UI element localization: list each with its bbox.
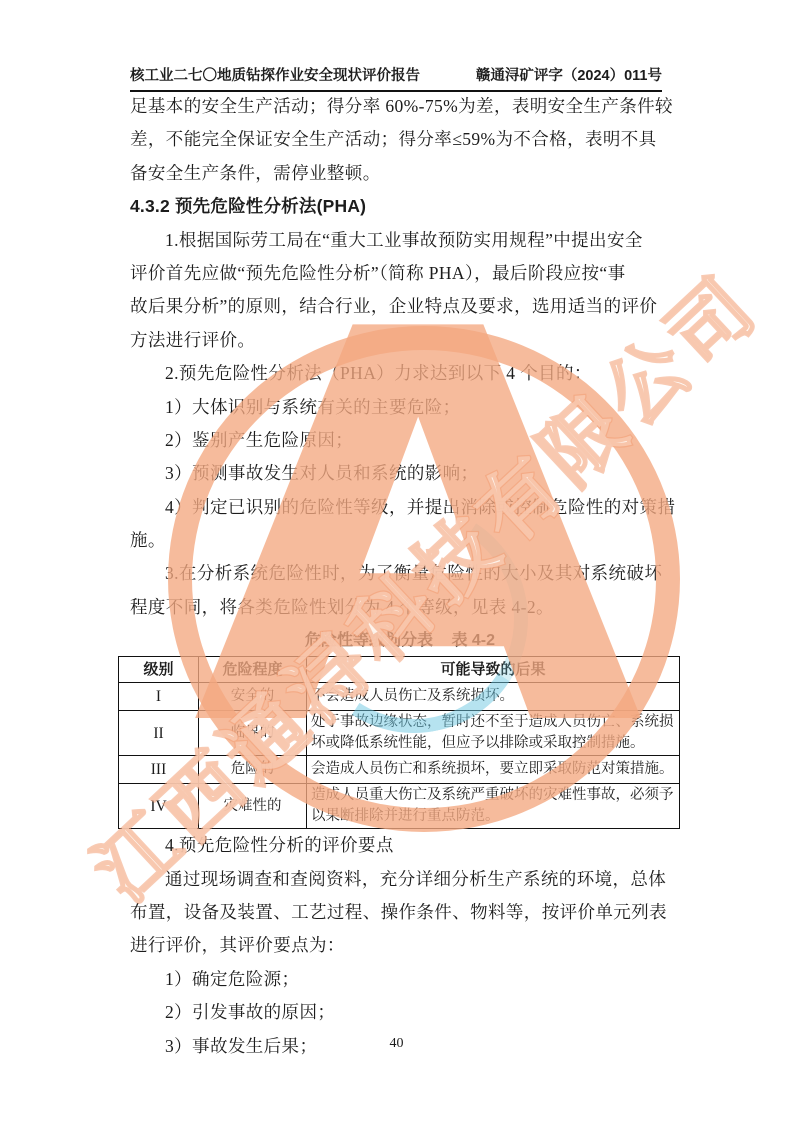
list-item: 2）引发事故的原因； (130, 996, 670, 1029)
document-content: 足基本的安全生产活动；得分率 60%-75%为差，表明安全生产条件较 差，不能完… (130, 90, 670, 1063)
table-row: I 安全的 不会造成人员伤亡及系统损坏。 (119, 683, 680, 711)
risk-level-table: 级别 危险程度 可能导致的后果 I 安全的 不会造成人员伤亡及系统损坏。 II … (118, 656, 680, 829)
table-header-cell: 级别 (119, 657, 199, 683)
level-cell: I (119, 683, 199, 711)
page-number: 40 (0, 1036, 793, 1052)
table-row: III 危险的 会造成人员伤亡和系统损坏，要立即采取防范对策措施。 (119, 756, 680, 784)
body-line: 通过现场调查和查阅资料，充分详细分析生产系统的环境，总体 (130, 863, 670, 896)
table-title: 危险性等级划分表 表 4-2 (130, 626, 670, 656)
degree-cell: 危险的 (199, 756, 307, 784)
body-line: 4.预先危险性分析的评价要点 (130, 829, 670, 862)
consequence-cell: 造成人员重大伤亡及系统严重破坏的灾难性事故，必须予以果断排除并进行重点防范。 (307, 784, 680, 829)
page-header: 核工业二七〇地质钻探作业安全现状评价报告 赣通浔矿评字（2024）011号 (130, 64, 662, 92)
section-heading: 4.3.2 预先危险性分析法(PHA) (130, 190, 670, 223)
degree-cell: 临界的 (199, 711, 307, 756)
body-line: 差，不能完全保证安全生产活动；得分率≤59%为不合格，表明不具 (130, 123, 670, 156)
level-cell: IV (119, 784, 199, 829)
body-line: 施。 (130, 524, 670, 557)
level-cell: III (119, 756, 199, 784)
body-line: 足基本的安全生产活动；得分率 60%-75%为差，表明安全生产条件较 (130, 90, 670, 123)
table-header-cell: 危险程度 (199, 657, 307, 683)
list-item: 3）预测事故发生对人员和系统的影响； (130, 457, 670, 490)
body-line: 1.根据国际劳工局在“重大工业事故预防实用规程”中提出安全 (130, 224, 670, 257)
consequence-cell: 不会造成人员伤亡及系统损坏。 (307, 683, 680, 711)
body-line: 3.在分析系统危险性时，为了衡量危险性的大小及其对系统破坏 (130, 557, 670, 590)
body-line: 评价首先应做“预先危险性分析”（简称 PHA），最后阶段应按“事 (130, 257, 670, 290)
header-doc-number: 赣通浔矿评字（2024）011号 (476, 64, 662, 85)
document-page: 核工业二七〇地质钻探作业安全现状评价报告 赣通浔矿评字（2024）011号 足基… (0, 0, 793, 1122)
table-header-cell: 可能导致的后果 (307, 657, 680, 683)
list-item: 4）判定已识别的危险性等级，并提出消除或控制危险性的对策措 (130, 491, 670, 524)
body-line: 2.预先危险性分析法（PHA）力求达到以下 4 个目的： (130, 357, 670, 390)
table-title-text: 危险性等级划分表 (305, 632, 433, 649)
header-report-title: 核工业二七〇地质钻探作业安全现状评价报告 (130, 64, 420, 85)
degree-cell: 安全的 (199, 683, 307, 711)
body-line: 备安全生产条件，需停业整顿。 (130, 157, 670, 190)
body-line: 程度不同，将各类危险性划分为 4 个等级，见表 4-2。 (130, 591, 670, 624)
table-row: IV 灾难性的 造成人员重大伤亡及系统严重破坏的灾难性事故，必须予以果断排除并进… (119, 784, 680, 829)
body-line: 布置，设备及装置、工艺过程、操作条件、物料等，按评价单元列表 (130, 896, 670, 929)
table-row: II 临界的 处于事故边缘状态，暂时还不至于造成人员伤亡、系统损坏或降低系统性能… (119, 711, 680, 756)
body-line: 故后果分析”的原则，结合行业，企业特点及要求，选用适当的评价 (130, 290, 670, 323)
list-item: 2）鉴别产生危险原因； (130, 424, 670, 457)
body-line: 进行评价，其评价要点为： (130, 929, 670, 962)
table-number-label: 表 4-2 (451, 632, 495, 649)
table-header-row: 级别 危险程度 可能导致的后果 (119, 657, 680, 683)
consequence-cell: 会造成人员伤亡和系统损坏，要立即采取防范对策措施。 (307, 756, 680, 784)
degree-cell: 灾难性的 (199, 784, 307, 829)
list-item: 1）大体识别与系统有关的主要危险； (130, 391, 670, 424)
consequence-cell: 处于事故边缘状态，暂时还不至于造成人员伤亡、系统损坏或降低系统性能，但应予以排除… (307, 711, 680, 756)
body-line: 方法进行评价。 (130, 324, 670, 357)
list-item: 1）确定危险源； (130, 963, 670, 996)
level-cell: II (119, 711, 199, 756)
